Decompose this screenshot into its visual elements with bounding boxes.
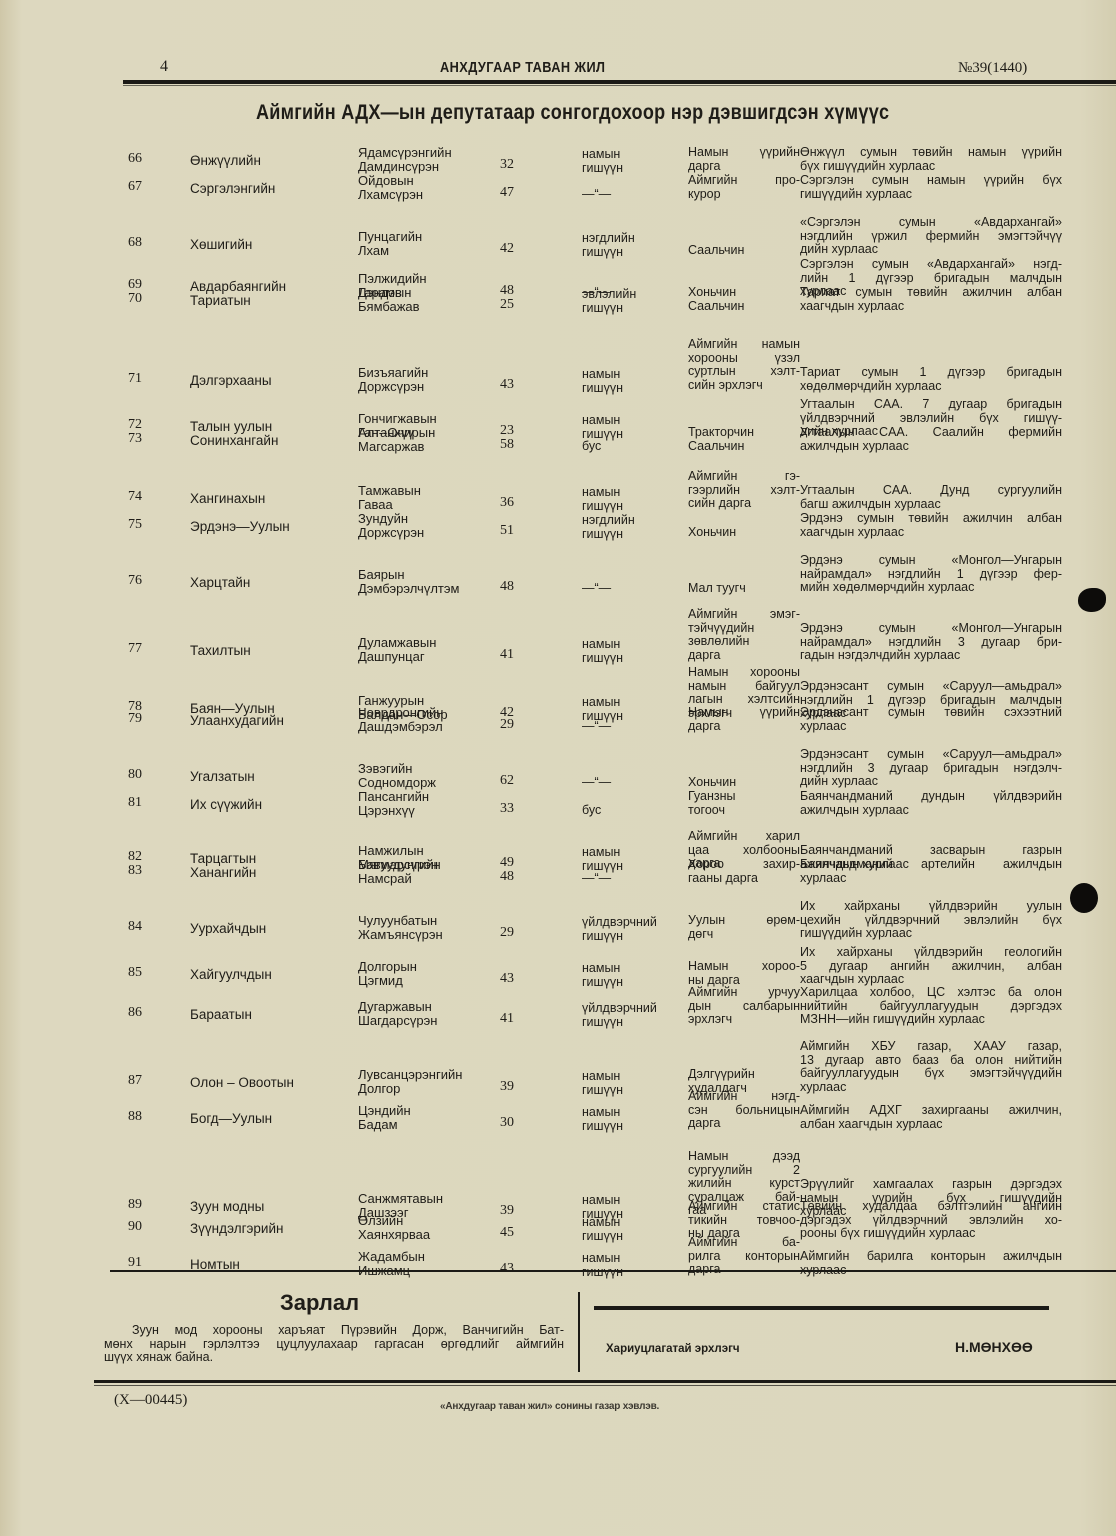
position-line: Саальчин — [688, 244, 800, 258]
name-line: Жамъянсүрэн — [358, 928, 443, 942]
nominated-line: гишүүдийн хурлаас — [800, 188, 1062, 202]
newspaper-name: АНХДУГААР ТАВАН ЖИЛ — [440, 59, 605, 76]
party-line: гишүүн — [582, 1266, 623, 1280]
row-party: үйлдвэрчнийгишүүн — [582, 1002, 657, 1029]
row-age: 42 — [500, 242, 514, 256]
nominated-line: дийн хурлаас — [800, 243, 1062, 257]
row-district: Дэлгэрхааны — [190, 374, 272, 388]
party-line: намын — [582, 1106, 623, 1120]
row-number: 85 — [128, 966, 142, 980]
nominated-line: Аймгийн АДХГ захиргааны ажилчин, — [800, 1104, 1062, 1118]
name-line: Долгор — [358, 1082, 462, 1096]
nominated-line: Сэргэлэн сумын «Авдархангай» нэгд- — [800, 258, 1062, 272]
row-number: 88 — [128, 1110, 142, 1124]
nominated-line: үйлдвэрчний эвлэлийн бүх гишүү- — [800, 412, 1062, 426]
row-age: 48 — [500, 580, 514, 594]
position-line: эрхлэгч — [688, 1013, 800, 1027]
row-age: 47 — [500, 186, 514, 200]
nominated-line: Сэргэлэн сумын намын үүрийн бүх — [800, 174, 1062, 188]
party-line: гишүүн — [582, 246, 635, 260]
nominated-line: 13 дугаар авто бааз ба олон нийтийн — [800, 1054, 1062, 1068]
position-line: жилийн курст — [688, 1177, 800, 1191]
row-party: намынгишүүн — [582, 846, 623, 873]
position-line: Дэлгүүрийн — [688, 1068, 800, 1082]
nominated-line: бүх гишүүдийн хурлаас — [800, 160, 1062, 174]
nominated-line: Эрдэнэсант сумын төвийн сэхээтний — [800, 706, 1062, 720]
nominated-line: нийтийн байгууллагуудын дэргэдэх — [800, 1000, 1062, 1014]
row-district: Олон – Овоотын — [190, 1076, 294, 1090]
footer-rule — [94, 1380, 1116, 1383]
row-nominated-by: Аймгийн ХБУ газар, ХААУ газар,13 дугаар … — [800, 1040, 1062, 1094]
row-candidate-name: ОйдовынЛхамсүрэн — [358, 174, 423, 202]
position-line: зөвлөлийн — [688, 635, 800, 649]
name-line: Намсрай — [358, 872, 441, 886]
row-party: —“— — [582, 872, 611, 886]
row-position: Уулын өрөм-дөгч — [688, 914, 800, 941]
name-line: Дуламжавын — [358, 636, 436, 650]
row-candidate-name: ЯдамсүрэнгийнДамдинсүрэн — [358, 146, 452, 174]
row-age: 39 — [500, 1204, 514, 1218]
name-line: Цэндийн — [358, 1104, 411, 1118]
party-line: нэгдлийн — [582, 514, 635, 528]
position-line: Хоньчин — [688, 776, 800, 790]
row-candidate-name: Ган--ОчирынМагсаржав — [358, 426, 435, 454]
name-line: Пунцагийн — [358, 230, 422, 244]
row-district: Ханангийн — [190, 866, 256, 880]
party-line: үйлдвэрчний — [582, 1002, 657, 1016]
row-age: 41 — [500, 1012, 514, 1026]
nominated-line: ажилчдын хурлаас — [800, 440, 1062, 454]
row-position: Хоньчин — [688, 776, 800, 790]
row-district: Өнжүүлийн — [190, 154, 261, 168]
row-district: Зуун модны — [190, 1200, 264, 1214]
position-line: дарга — [688, 160, 800, 174]
row-party: намынгишүүн — [582, 1070, 623, 1097]
row-age: 33 — [500, 802, 514, 816]
row-nominated-by: Угтаалын СAA. Саалийн фермийнажилчдын ху… — [800, 426, 1062, 453]
row-position: Аймгийн урчуудын салбарынэрхлэгч — [688, 986, 800, 1027]
row-position: Аймгийн гэ-гээрлийн хэлт-сийн дарга — [688, 470, 800, 511]
row-number: 72 — [128, 418, 142, 432]
position-line: сийн эрхлэгч — [688, 379, 800, 393]
nominated-line: Угтаалын СAA. Дунд сургуулийн — [800, 484, 1062, 498]
position-line: Хоньчин — [688, 286, 800, 300]
row-district: Их сүүжийн — [190, 798, 262, 812]
nominated-line: багш ажилчдын хурлаас — [800, 498, 1062, 512]
row-party: намынгишүүн — [582, 368, 623, 395]
row-party: эвлэлийнгишүүн — [582, 288, 636, 315]
party-line: намын — [582, 1252, 623, 1266]
name-line: Гончигжавын — [358, 412, 437, 426]
position-line: сургуулийн 2 — [688, 1164, 800, 1178]
position-line: Аймгийн эмэг- — [688, 608, 800, 622]
party-line: нэгдлийн — [582, 232, 635, 246]
row-number: 68 — [128, 236, 142, 250]
nominated-line: мийн хөдөлмөрчдийн хурлаас — [800, 581, 1062, 595]
nominated-line: хаагчдын хурлаас — [800, 300, 1062, 314]
party-line: намын — [582, 696, 623, 710]
nominated-line: найрамдал» нэгдлийн 3 дугаар бри- — [800, 636, 1062, 650]
name-line: Човрдронгийн — [358, 706, 443, 720]
party-line: —“— — [582, 872, 611, 886]
position-line: гааны дарга — [688, 872, 800, 886]
name-line: Дугаржавын — [358, 1000, 437, 1014]
position-line: гээрлийн хэлт- — [688, 484, 800, 498]
nominated-line: Эрдэнэ сумын «Монгол—Унгарын — [800, 554, 1062, 568]
position-line: Уулын өрөм- — [688, 914, 800, 928]
party-line: намын — [582, 1070, 623, 1084]
row-number: 84 — [128, 920, 142, 934]
nominated-line: хөдөлмөрчдийн хурлаас — [800, 380, 1062, 394]
row-candidate-name: БаярынДэмбэрэлчүлтэм — [358, 568, 459, 596]
row-candidate-name: ДугаржавынШагдарсүрэн — [358, 1000, 437, 1028]
party-line: намын — [582, 846, 623, 860]
row-district: Хангинахын — [190, 492, 265, 506]
position-line: дарга — [688, 720, 800, 734]
party-line: гишүүн — [582, 528, 635, 542]
nominated-line: Их хайрханы үйлдвэрийн геологийн — [800, 946, 1062, 960]
row-position: Намын үүрийндарга — [688, 706, 800, 733]
row-position: Аймгийн намынхорооны үзэлсуртлын хэлт-си… — [688, 338, 800, 392]
party-line: гишүүн — [582, 500, 623, 514]
issue-number: №39(1440) — [958, 60, 1027, 77]
nominated-line: гишүүдийн хурлаас — [800, 927, 1062, 941]
order-code: (Х—00445) — [114, 1392, 187, 1409]
row-nominated-by: Эрдэнэ сумын төвийн ажилчин албанхаагчды… — [800, 512, 1062, 539]
row-district: Улаанхудагийн — [190, 714, 284, 728]
row-party: намынгишүүн — [582, 486, 623, 513]
editor-label: Хариуцлагатай эрхлэгч — [606, 1343, 740, 1355]
party-line: гишүүн — [582, 162, 623, 176]
masthead-rule-thin — [123, 85, 1116, 86]
nominated-line: Эрдэнэ сумын «Монгол—Унгарын — [800, 622, 1062, 636]
name-line: Ган--Очирын — [358, 426, 435, 440]
column-divider — [578, 1292, 580, 1372]
punch-hole — [1070, 883, 1098, 913]
row-candidate-name: БавуудунгийнНамсрай — [358, 858, 441, 886]
party-line: гишүүн — [582, 382, 623, 396]
row-candidate-name: ӨлзийнХаянхярваа — [358, 1214, 430, 1242]
name-line: Доржсүрэн — [358, 526, 424, 540]
nominated-line: Эрдэнэсант сумын «Саруул—амьдрал» — [800, 680, 1062, 694]
row-candidate-name: ЗундуйнДоржсүрэн — [358, 512, 424, 540]
name-line: Шагдарсүрэн — [358, 1014, 437, 1028]
table-bottom-rule — [110, 1270, 1116, 1272]
row-age: 48 — [500, 284, 514, 298]
row-nominated-by: Аймгийн барилга конторын ажилчдынхурлаас — [800, 1250, 1062, 1277]
nominated-line: 5 дугаар ангийн ажилчин, албан — [800, 960, 1062, 974]
nominated-line: Эрдэнэсант сумын «Саруул—амьдрал» — [800, 748, 1062, 762]
row-party: намынгишүүн — [582, 1252, 623, 1279]
row-number: 74 — [128, 490, 142, 504]
name-line: Гарамын — [358, 286, 420, 300]
row-district: Эрдэнэ—Уулын — [190, 520, 290, 534]
row-age: 43 — [500, 378, 514, 392]
nominated-line: «Сэргэлэн сумын «Авдархангай» — [800, 216, 1062, 230]
name-line: Чулуунбатын — [358, 914, 443, 928]
nominated-line: Баянчандманий дундын үйлдвэрийн — [800, 790, 1062, 804]
row-age: 43 — [500, 972, 514, 986]
name-line: Ойдовын — [358, 174, 423, 188]
position-line: тикийн товчоо- — [688, 1214, 800, 1228]
row-number: 79 — [128, 712, 142, 726]
party-line: эвлэлийн — [582, 288, 636, 302]
position-line: Аймгийн гэ- — [688, 470, 800, 484]
row-age: 58 — [500, 438, 514, 452]
row-position: Намын хороо-ны дарга — [688, 960, 800, 987]
editor-name: Н.МӨНХӨӨ — [955, 1339, 1033, 1355]
position-line: Аймгийн про- — [688, 174, 800, 188]
party-line: гишүүн — [582, 1084, 623, 1098]
name-line: Лхам — [358, 244, 422, 258]
name-line: Зундуйн — [358, 512, 424, 526]
name-line: Бадам — [358, 1118, 411, 1132]
row-number: 80 — [128, 768, 142, 782]
row-district: Хайгуулчдын — [190, 968, 272, 982]
position-line: суртлын хэлт- — [688, 365, 800, 379]
nominated-line: гадын нэгдэлчдийн хурлаас — [800, 649, 1062, 663]
row-number: 90 — [128, 1220, 142, 1234]
row-party: намынгишүүн — [582, 962, 623, 989]
row-nominated-by: Өнжүүл сумын төвийн намын үүрийнбүх гишү… — [800, 146, 1062, 173]
row-party: намынгишүүн — [582, 1216, 623, 1243]
row-district: Авдарбаянгийн — [190, 280, 286, 294]
footer-rule-thin — [94, 1385, 1116, 1386]
name-line: Өлзийн — [358, 1214, 430, 1228]
party-line: гишүүн — [582, 1230, 623, 1244]
nominated-line: Угтаалын СAA. 7 дугаар бригадын — [800, 398, 1062, 412]
nominated-line: хурлаас — [800, 720, 1062, 734]
row-age: 48 — [500, 870, 514, 884]
name-line: Ядамсүрэнгийн — [358, 146, 452, 160]
announcement-body: Зуун мод хорооны харъяат Пүрэвийн Дорж, … — [104, 1324, 564, 1365]
row-number: 87 — [128, 1074, 142, 1088]
nominated-line: Төвийн худалдаа бэлтгэлийн ангийн — [800, 1200, 1062, 1214]
row-party: нэгдлийнгишүүн — [582, 514, 635, 541]
party-line: намын — [582, 368, 623, 382]
position-line: Гуанзны — [688, 790, 800, 804]
row-nominated-by: «Сэргэлэн сумын «Авдархангай»нэгдлийн үр… — [800, 216, 1062, 257]
party-line: бус — [582, 440, 601, 454]
announcement-line: шүүх хянаж байна. — [104, 1351, 564, 1365]
row-party: —“— — [582, 188, 611, 202]
name-line: Баярын — [358, 568, 459, 582]
row-district: Бараатын — [190, 1008, 252, 1022]
nominated-line: Эрүүлийг хамгаалах газрын дэргэдэх — [800, 1178, 1062, 1192]
row-candidate-name: ЗэвэгийнСодномдорж — [358, 762, 436, 790]
row-nominated-by: Эрдэнэсант сумын төвийн сэхээтнийхурлаас — [800, 706, 1062, 733]
name-line: Пэлжидийн — [358, 272, 427, 286]
row-age: 29 — [500, 718, 514, 732]
name-line: Бавуудунгийн — [358, 858, 441, 872]
nominated-line: дийн хурлаас — [800, 775, 1062, 789]
name-line: Бизъяагийн — [358, 366, 428, 380]
row-candidate-name: ЖадамбынИшжамц — [358, 1250, 425, 1278]
position-line: Намын үүрийн — [688, 706, 800, 720]
row-district: Харцтайн — [190, 576, 250, 590]
nominated-line: Баянчандманий засварын газрын — [800, 844, 1062, 858]
row-position: Хоньчин — [688, 286, 800, 300]
row-candidate-name: ПунцагийнЛхам — [358, 230, 422, 258]
row-nominated-by: Эрдэнэ сумын «Монгол—Унгарыннайрамдал» н… — [800, 622, 1062, 663]
name-line: Цэгмид — [358, 974, 417, 988]
party-line: гишүүн — [582, 976, 623, 990]
nominated-line: Аймгийн ХБУ газар, ХААУ газар, — [800, 1040, 1062, 1054]
row-party: бус — [582, 804, 601, 818]
party-line: —“— — [582, 188, 611, 202]
row-nominated-by: Их хайрханы үйлдвэрийн уулынцехийн үйлдв… — [800, 900, 1062, 941]
row-number: 89 — [128, 1198, 142, 1212]
printer-line: «Анхдугаар таван жил» сонины газар хэвлэ… — [440, 1401, 659, 1412]
position-line: Намын дээд — [688, 1150, 800, 1164]
position-line: сийн дарга — [688, 497, 800, 511]
row-position: Саальчин — [688, 300, 800, 314]
nominated-line: албан хаагчдын хурлаас — [800, 1118, 1062, 1132]
nominated-line: рооны бүх гишүүдийн хурлаас — [800, 1227, 1062, 1241]
nominated-line: ажилчдын хурлаас — [800, 804, 1062, 818]
row-number: 77 — [128, 642, 142, 656]
party-line: —“— — [582, 582, 611, 596]
row-position: Аймгийн нэгд-сэн больницындарга — [688, 1090, 800, 1131]
name-line: Доржсүрэн — [358, 380, 428, 394]
row-number: 67 — [128, 180, 142, 194]
position-line: дын салбарын — [688, 1000, 800, 1014]
row-age: 43 — [500, 1262, 514, 1276]
article-title: Аймгийн АДХ—ын депутатаар сонгогдохоор н… — [256, 101, 889, 125]
position-line: намын байгуул — [688, 680, 800, 694]
row-age: 62 — [500, 774, 514, 788]
name-line: Дашпунцаг — [358, 650, 436, 664]
row-position: Хороо захир-гааны дарга — [688, 858, 800, 885]
row-number: 71 — [128, 372, 142, 386]
position-line: цаа холбооны — [688, 844, 800, 858]
row-district: Сонинхангайн — [190, 434, 278, 448]
row-party: намынгишүүн — [582, 148, 623, 175]
name-line: Долгорын — [358, 960, 417, 974]
row-position: Аймгийн про-курор — [688, 174, 800, 201]
position-line: Аймгийн нэгд- — [688, 1090, 800, 1104]
punch-hole — [1078, 588, 1106, 612]
announcement-line: Зуун мод хорооны харъяат Пүрэвийн Дорж, … — [104, 1324, 564, 1338]
announcement-line: мөнх нарын гэрлэлтээ цуцлуулахаар гаргас… — [104, 1338, 564, 1352]
name-line: Зэвэгийн — [358, 762, 436, 776]
row-district: Тарцагтын — [190, 852, 256, 866]
row-party: —“— — [582, 720, 611, 734]
row-party: намынгишүүн — [582, 1106, 623, 1133]
name-line: Гаваа — [358, 498, 421, 512]
party-line: гишүүн — [582, 302, 636, 316]
announcement-title: Зарлал — [280, 1290, 359, 1316]
nominated-line: Баянчандманий артелийн ажилчдын — [800, 858, 1062, 872]
row-age: 51 — [500, 524, 514, 538]
party-line: намын — [582, 638, 623, 652]
row-age: 41 — [500, 648, 514, 662]
party-line: —“— — [582, 776, 611, 790]
name-line: Жадамбын — [358, 1250, 425, 1264]
row-party: намынгишүүн — [582, 638, 623, 665]
row-nominated-by: Тариат сумын 1 дүгээр бригадынхөдөлмөрчд… — [800, 366, 1062, 393]
row-number: 86 — [128, 1006, 142, 1020]
row-nominated-by: Сэргэлэн сумын намын үүрийн бүхгишүүдийн… — [800, 174, 1062, 201]
nominated-line: Угтаалын СAA. Саалийн фермийн — [800, 426, 1062, 440]
row-nominated-by: Эрдэнэсант сумын «Саруул—амьдрал»нэгдлий… — [800, 748, 1062, 789]
row-nominated-by: Их хайрханы үйлдвэрийн геологийн5 дугаар… — [800, 946, 1062, 987]
row-nominated-by: Баянчандманий артелийн ажилчдынхурлаас — [800, 858, 1062, 885]
name-line: Магсаржав — [358, 440, 435, 454]
nominated-line: нэгдлийн үржил фермийн эмэгтэйчүү — [800, 230, 1062, 244]
nominated-line: МЗНН—ийн гишүүдийн хурлаас — [800, 1013, 1062, 1027]
row-age: 36 — [500, 496, 514, 510]
row-position: Хоньчин — [688, 526, 800, 540]
row-candidate-name: ДолгорынЦэгмид — [358, 960, 417, 988]
position-line: Хороо захир- — [688, 858, 800, 872]
row-nominated-by: Аймгийн АДХГ захиргааны ажилчин,албан ха… — [800, 1104, 1062, 1131]
party-line: намын — [582, 1216, 623, 1230]
row-nominated-by: Харилцаа холбоо, ЦС хэлтэс ба олоннийтий… — [800, 986, 1062, 1027]
masthead-rule — [123, 80, 1116, 84]
row-party: бус — [582, 440, 601, 454]
name-line: Санжмятавын — [358, 1192, 443, 1206]
party-line: намын — [582, 1194, 623, 1208]
position-line: тогооч — [688, 804, 800, 818]
nominated-line: Их хайрханы үйлдвэрийн уулын — [800, 900, 1062, 914]
row-candidate-name: ЛувсанцэрэнгийнДолгор — [358, 1068, 462, 1096]
party-line: —“— — [582, 720, 611, 734]
party-line: үйлдвэрчний — [582, 916, 657, 930]
row-number: 70 — [128, 292, 142, 306]
page-number: 4 — [160, 58, 168, 76]
row-candidate-name: ГарамынБямбажав — [358, 286, 420, 314]
nominated-line: байгууллагуудын бүх эмэгтэйчүүдийн — [800, 1067, 1062, 1081]
name-line: Намжилын — [358, 844, 438, 858]
row-candidate-name: ПансангийнЦэрэнхүү — [358, 790, 429, 818]
row-nominated-by: Эрдэнэ сумын «Монгол—Унгарыннайрамдал» н… — [800, 554, 1062, 595]
name-line: Бямбажав — [358, 300, 420, 314]
row-position: Тракторчин — [688, 426, 800, 440]
party-line: намын — [582, 962, 623, 976]
row-age: 39 — [500, 1080, 514, 1094]
party-line: гишүүн — [582, 652, 623, 666]
name-line: Лхамсүрэн — [358, 188, 423, 202]
nominated-line: лийн 1 дүгээр бригадын малчдын — [800, 272, 1062, 286]
row-age: 32 — [500, 158, 514, 172]
row-age: 25 — [500, 298, 514, 312]
row-position: Намын үүрийндарга — [688, 146, 800, 173]
row-number: 66 — [128, 152, 142, 166]
position-line: рилга конторын — [688, 1250, 800, 1264]
row-candidate-name: БизъяагийнДоржсүрэн — [358, 366, 428, 394]
position-line: тэйчүүдийн — [688, 622, 800, 636]
nominated-line: Аймгийн барилга конторын ажилчдын — [800, 1250, 1062, 1264]
row-position: Гуанзнытогооч — [688, 790, 800, 817]
position-line: Аймгийн харил — [688, 830, 800, 844]
row-number: 76 — [128, 574, 142, 588]
row-candidate-name: ЦэндийнБадам — [358, 1104, 411, 1132]
row-position: Саальчин — [688, 440, 800, 454]
party-line: гишүүн — [582, 1016, 657, 1030]
row-party: —“— — [582, 776, 611, 790]
row-number: 73 — [128, 432, 142, 446]
row-number: 69 — [128, 278, 142, 292]
row-nominated-by: Төвийн худалдаа бэлтгэлийн ангийндэргэдэ… — [800, 1200, 1062, 1241]
row-district: Зүүндэлгэрийн — [190, 1222, 283, 1236]
nominated-line: найрамдал» нэгдлийн 1 дүгээр фер- — [800, 568, 1062, 582]
row-candidate-name: ЧоврдронгийнДашдэмбэрэл — [358, 706, 443, 734]
position-line: дөгч — [688, 928, 800, 942]
nominated-line: дэргэдэх үйлдвэрчний эвлэлийн хо- — [800, 1214, 1062, 1228]
position-line: Намын үүрийн — [688, 146, 800, 160]
row-age: 49 — [500, 856, 514, 870]
